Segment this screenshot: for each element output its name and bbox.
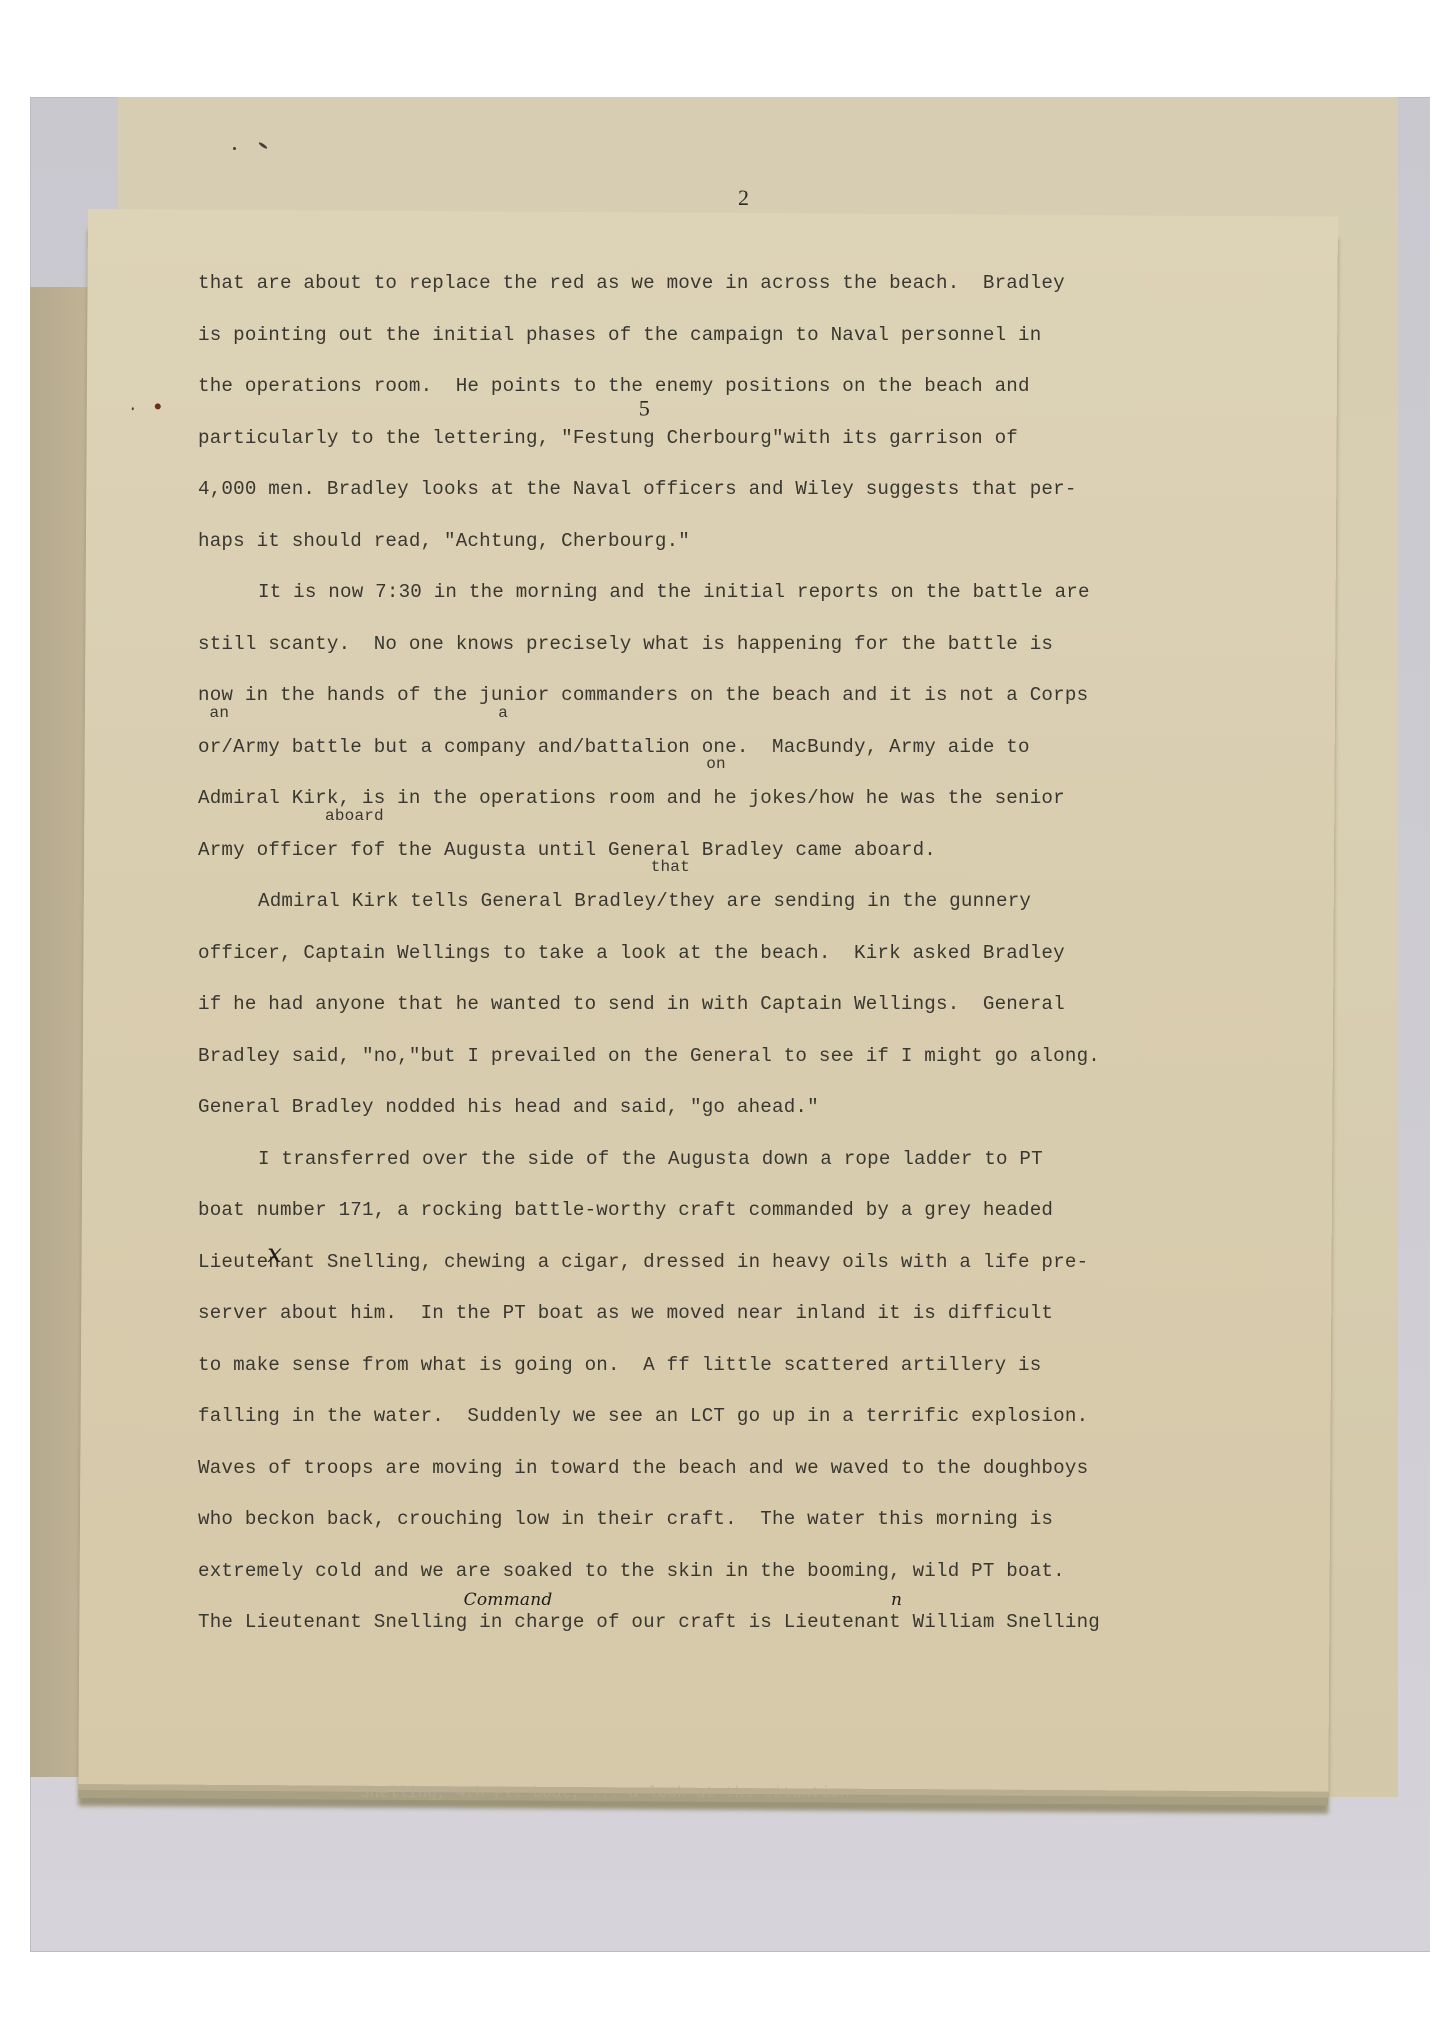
line-text: haps it should read, "Achtung, Cherbourg… <box>198 530 690 552</box>
line-text: to make sense from what is going on. A f… <box>198 1354 1041 1376</box>
interlinear-insertion: that <box>651 859 690 875</box>
line-text: who beckon back, crouching low in their … <box>198 1508 1053 1530</box>
typed-line: Waves of troops are moving in toward the… <box>198 1443 1218 1495</box>
handwritten-edit: n <box>891 1575 902 1627</box>
interlinear-insertion: a <box>498 705 508 721</box>
typed-line: if he had anyone that he wanted to send … <box>198 979 1218 1031</box>
line-text: the operations room. He points to the en… <box>198 375 1030 397</box>
typed-line: server about him. In the PT boat as we m… <box>198 1288 1218 1340</box>
typed-line: still scanty. No one knows precisely wha… <box>198 619 1218 671</box>
line-text: officer, Captain Wellings to take a look… <box>198 942 1065 964</box>
typed-line: is pointing out the initial phases of th… <box>198 310 1218 362</box>
handwritten-edit: x <box>267 1229 282 1281</box>
typed-body: that are about to replace the red as we … <box>198 258 1218 1649</box>
rust-speck <box>155 403 161 409</box>
typed-line: Bradley said, "no,"but I prevailed on th… <box>198 1031 1218 1083</box>
line-text: Lieutenant Snelling, chewing a cigar, dr… <box>198 1251 1088 1273</box>
line-text: if he had anyone that he wanted to send … <box>198 993 1065 1015</box>
line-text: still scanty. No one knows precisely wha… <box>198 633 1053 655</box>
typed-line: extremely cold and we are soaked to the … <box>198 1546 1218 1598</box>
typed-line: 4,000 men. Bradley looks at the Naval of… <box>198 464 1218 516</box>
typed-line: Admiral Kirk tells General Bradley/they … <box>198 876 1218 928</box>
line-text: particularly to the lettering, "Festung … <box>198 427 1018 449</box>
line-text: The Lieutenant Snelling in charge of our… <box>198 1611 1100 1633</box>
ink-speck <box>132 407 134 410</box>
line-text: Army officer fof the Augusta until Gener… <box>198 839 936 861</box>
handwritten-edit: Command <box>464 1575 553 1627</box>
line-text: Admiral Kirk, is in the operations room … <box>198 787 1065 809</box>
line-text: boat number 171, a rocking battle-worthy… <box>198 1199 1053 1221</box>
line-text: now in the hands of the junior commander… <box>198 684 1088 706</box>
typed-line: that are about to replace the red as we … <box>198 258 1218 310</box>
typed-line: Army officer fof the Augusta until Gener… <box>198 825 1218 877</box>
typed-line: haps it should read, "Achtung, Cherbourg… <box>198 516 1218 568</box>
line-text: I transferred over the side of the Augus… <box>258 1148 1043 1170</box>
typed-line: officer, Captain Wellings to take a look… <box>198 928 1218 980</box>
back-page-number: 2 <box>738 185 749 211</box>
ink-speck <box>233 147 236 150</box>
ink-speck <box>258 141 268 149</box>
typed-line: particularly to the lettering, "Festung … <box>198 413 1218 465</box>
typed-line: now in the hands of the junior commander… <box>198 670 1218 722</box>
typed-line: It is now 7:30 in the morning and the in… <box>198 567 1218 619</box>
typed-line: The Lieutenant Snelling in charge of our… <box>198 1597 1218 1649</box>
bleedthrough-text: Snelling, 4th Pt. boat, ... a look at th… <box>360 1784 850 1802</box>
line-text: that are about to replace the red as we … <box>198 272 1065 294</box>
typed-line: who beckon back, crouching low in their … <box>198 1494 1218 1546</box>
typed-line: falling in the water. Suddenly we see an… <box>198 1391 1218 1443</box>
interlinear-insertion: aboard <box>325 808 384 824</box>
line-text: Admiral Kirk tells General Bradley/they … <box>258 890 1031 912</box>
typed-line: I transferred over the side of the Augus… <box>198 1134 1218 1186</box>
line-text: 4,000 men. Bradley looks at the Naval of… <box>198 478 1077 500</box>
line-text: or/Army battle but a company and/battali… <box>198 736 1030 758</box>
line-text: is pointing out the initial phases of th… <box>198 324 1041 346</box>
line-text: extremely cold and we are soaked to the … <box>198 1560 1065 1582</box>
interlinear-insertion: on <box>706 756 726 772</box>
line-text: server about him. In the PT boat as we m… <box>198 1302 1053 1324</box>
typed-line: to make sense from what is going on. A f… <box>198 1340 1218 1392</box>
line-text: Bradley said, "no,"but I prevailed on th… <box>198 1045 1100 1067</box>
typed-line: General Bradley nodded his head and said… <box>198 1082 1218 1134</box>
line-text: Waves of troops are moving in toward the… <box>198 1457 1088 1479</box>
interlinear-insertion: an <box>210 705 230 721</box>
line-text: General Bradley nodded his head and said… <box>198 1096 819 1118</box>
typed-line: Lieutenant Snelling, chewing a cigar, dr… <box>198 1237 1218 1289</box>
line-text: It is now 7:30 in the morning and the in… <box>258 581 1090 603</box>
typed-line: boat number 171, a rocking battle-worthy… <box>198 1185 1218 1237</box>
line-text: falling in the water. Suddenly we see an… <box>198 1405 1088 1427</box>
typed-line: the operations room. He points to the en… <box>198 361 1218 413</box>
